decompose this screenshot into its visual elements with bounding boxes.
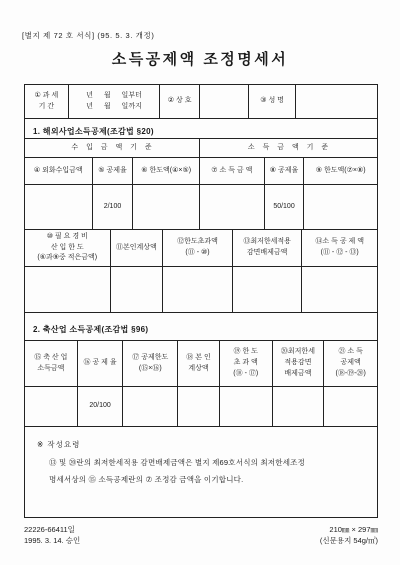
excess-over-limit-cell [163, 267, 233, 312]
col-livestock-min-tax-exclusion-header: ⑳최저한세 적용감면 배제금액 [273, 341, 325, 386]
col-expense-limit-header: ⑩ 필 요 경 비 산 입 한 도 (⑥과⑨중 적은금액) [25, 230, 111, 266]
section1-data-row-b [25, 267, 377, 313]
section1-group-header-row: 수 입 금 액 기 준 소 득 금 액 기 준 [25, 139, 377, 158]
taxpayer-info-row: ① 과 세 기 간 년 월 일부터 년 월 일까지 ② 상 호 ③ 성 명 [25, 85, 377, 119]
col-deduction-rate-a-header: ⑤ 공제율 [93, 158, 134, 184]
col-excess-over-limit-header: ⑫한도초과액 (⑪ - ⑩) [163, 230, 233, 266]
form-reference: [별지 제 72 호 서식] (95. 5. 3. 개정) [22, 30, 154, 41]
section1-header-row-b: ⑩ 필 요 경 비 산 입 한 도 (⑥과⑨중 적은금액) ⑪본인계상액 ⑫한도… [25, 230, 377, 267]
col-livestock-excess-header: ⑲ 한 도 초 과 액 (⑱ - ⑰) [220, 341, 273, 386]
col-livestock-limit-header: ⑰ 공제한도 (⑮×⑯) [123, 341, 178, 386]
col-income-amount-header: ⑦ 소 득 금 액 [200, 158, 265, 184]
footer-left: 22226-66411일 1995. 3. 14. 승인 [24, 524, 80, 547]
income-deduction-cell [302, 267, 377, 312]
company-name-label: ② 상 호 [160, 85, 200, 118]
col-income-deduction-header: ⑭소 득 공 제 액 (⑪ - ⑫ - ⑬) [302, 230, 377, 266]
livestock-income-cell [25, 387, 78, 426]
section1-data-row-a: 2/100 50/100 [25, 185, 377, 230]
livestock-rate-cell: 20/100 [78, 387, 124, 426]
limit-b-cell [304, 185, 377, 229]
col-limit-a-header: ⑥ 한도액(④×⑤) [133, 158, 200, 184]
instructions-heading: ※ 작성요령 [37, 439, 367, 451]
paper-size: 210㎜ × 297㎜ [320, 524, 378, 535]
deduction-rate-b-cell: 50/100 [265, 185, 305, 229]
livestock-deduction-cell [324, 387, 377, 426]
col-livestock-rate-header: ⑯ 공 제 율 [78, 341, 124, 386]
taxable-period-label: ① 과 세 기 간 [25, 85, 69, 118]
expense-limit-cell [25, 267, 111, 312]
self-reported-cell [111, 267, 164, 312]
instruction-line: ⑬ 및 ⑳란의 최저한세적용 감면배제금액은 별지 제69호서식의 최저한세조정 [37, 457, 367, 469]
col-livestock-income-header: ⑮ 축 산 업 소득금액 [25, 341, 78, 386]
income-basis-group-header: 소 득 금 액 기 준 [200, 139, 377, 157]
section2-data-row: 20/100 [25, 387, 377, 427]
col-foreign-revenue-header: ④ 외화수입금액 [25, 158, 93, 184]
col-livestock-deduction-header: ㉑ 소 득 공제액 (⑱-⑲-⑳) [324, 341, 377, 386]
instruction-line: 명세서상의 ⑮ 소득공제란의 ⑦ 조정감 금액을 이기합니다. [37, 474, 367, 486]
section1-header-row-a: ④ 외화수입금액 ⑤ 공제율 ⑥ 한도액(④×⑤) ⑦ 소 득 금 액 ⑧ 공제… [25, 158, 377, 185]
approval-date: 1995. 3. 14. 승인 [24, 535, 80, 546]
col-deduction-rate-b-header: ⑧ 공제율 [265, 158, 305, 184]
min-tax-exclusion-cell [233, 267, 303, 312]
deduction-rate-a-cell: 2/100 [93, 185, 134, 229]
taxable-period-value: 년 월 일부터 년 월 일까지 [69, 85, 160, 118]
col-self-reported-header: ⑪본인계상액 [111, 230, 164, 266]
revenue-basis-group-header: 수 입 금 액 기 준 [25, 139, 200, 157]
footer-right: 210㎜ × 297㎜ (신문용지 54g/㎡) [320, 524, 378, 547]
person-name-value [296, 85, 377, 118]
section2-title: 2. 축산업 소득공제(조감법 §96) [25, 313, 377, 341]
company-name-value [200, 85, 249, 118]
paper-spec: (신문용지 54g/㎡) [320, 535, 378, 546]
livestock-excess-cell [220, 387, 273, 426]
form-title: 소득공제액 조정명세서 [0, 48, 400, 69]
section2-header-row: ⑮ 축 산 업 소득금액 ⑯ 공 제 율 ⑰ 공제한도 (⑮×⑯) ⑱ 본 인 … [25, 341, 377, 387]
person-name-label: ③ 성 명 [249, 85, 297, 118]
col-livestock-self-reported-header: ⑱ 본 인 계상액 [178, 341, 220, 386]
form-body: ① 과 세 기 간 년 월 일부터 년 월 일까지 ② 상 호 ③ 성 명 1.… [24, 84, 378, 518]
foreign-revenue-cell [25, 185, 93, 229]
livestock-limit-cell [123, 387, 178, 426]
livestock-self-reported-cell [178, 387, 220, 426]
filling-instructions: ※ 작성요령 ⑬ 및 ⑳란의 최저한세적용 감면배제금액은 별지 제69호서식의… [25, 427, 377, 517]
livestock-min-tax-exclusion-cell [273, 387, 325, 426]
col-limit-b-header: ⑨ 한도액(⑦×⑧) [304, 158, 377, 184]
income-amount-cell [200, 185, 265, 229]
col-min-tax-exclusion-header: ⑬최저한세적용 감면배제금액 [233, 230, 303, 266]
section1-title: 1. 해외사업소득공제(조감법 §20) [25, 119, 377, 139]
form-footer: 22226-66411일 1995. 3. 14. 승인 210㎜ × 297㎜… [24, 524, 378, 547]
document-number: 22226-66411일 [24, 524, 80, 535]
limit-a-cell [133, 185, 200, 229]
